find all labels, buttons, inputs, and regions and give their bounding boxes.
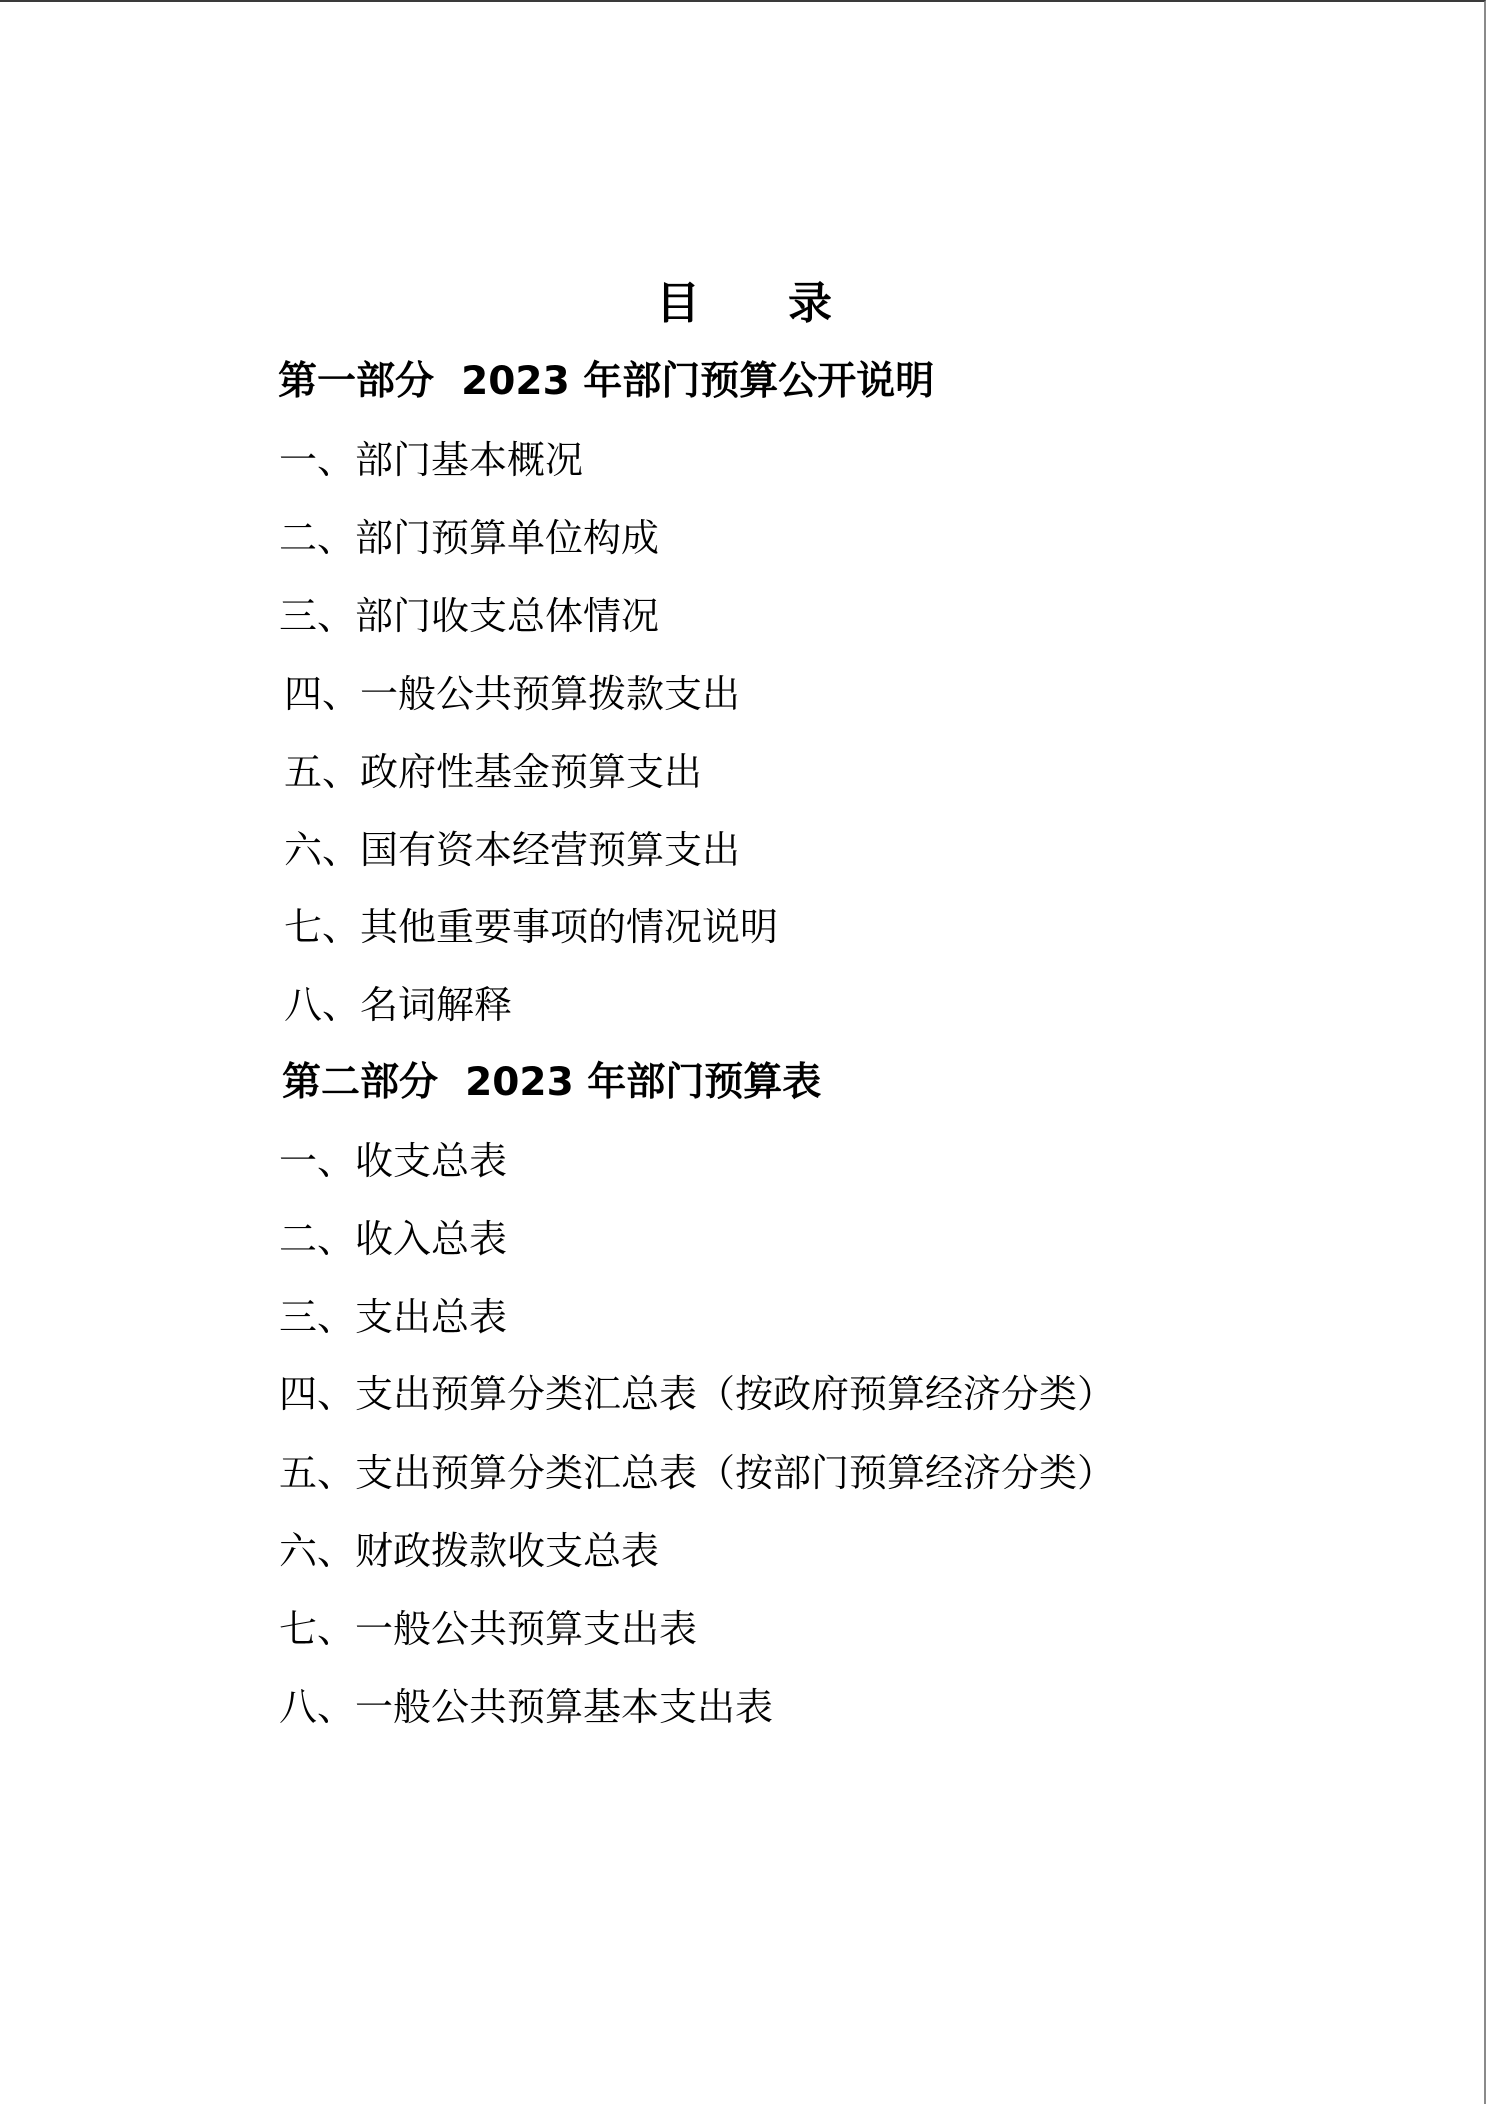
toc-title: 目 录	[0, 278, 1488, 330]
toc-item[interactable]: 一、部门基本概况	[279, 438, 583, 482]
toc-part-1-heading[interactable]: 第一部分 2023 年部门预算公开说明	[278, 360, 934, 404]
toc-item[interactable]: 六、财政拨款收支总表	[279, 1529, 659, 1573]
toc-item[interactable]: 五、支出预算分类汇总表（按部门预算经济分类）	[279, 1451, 1115, 1495]
toc-item[interactable]: 四、支出预算分类汇总表（按政府预算经济分类）	[279, 1372, 1115, 1416]
toc-item[interactable]: 三、部门收支总体情况	[279, 594, 659, 638]
toc-item[interactable]: 八、一般公共预算基本支出表	[279, 1685, 773, 1729]
toc-part-2-heading[interactable]: 第二部分 2023 年部门预算表	[282, 1061, 821, 1105]
toc-item[interactable]: 三、支出总表	[279, 1295, 507, 1339]
document-page: 目 录 第一部分 2023 年部门预算公开说明 一、部门基本概况 二、部门预算单…	[0, 0, 1486, 2104]
toc-item[interactable]: 五、政府性基金预算支出	[284, 750, 702, 794]
toc-item[interactable]: 七、一般公共预算支出表	[279, 1607, 697, 1651]
toc-item[interactable]: 一、收支总表	[279, 1139, 507, 1183]
toc-item[interactable]: 四、一般公共预算拨款支出	[284, 672, 740, 716]
toc-item[interactable]: 八、名词解释	[284, 983, 512, 1027]
toc-item[interactable]: 二、部门预算单位构成	[279, 516, 659, 560]
toc-item[interactable]: 七、其他重要事项的情况说明	[284, 905, 778, 949]
toc-item[interactable]: 二、收入总表	[279, 1217, 507, 1261]
toc-item[interactable]: 六、国有资本经营预算支出	[284, 828, 740, 872]
